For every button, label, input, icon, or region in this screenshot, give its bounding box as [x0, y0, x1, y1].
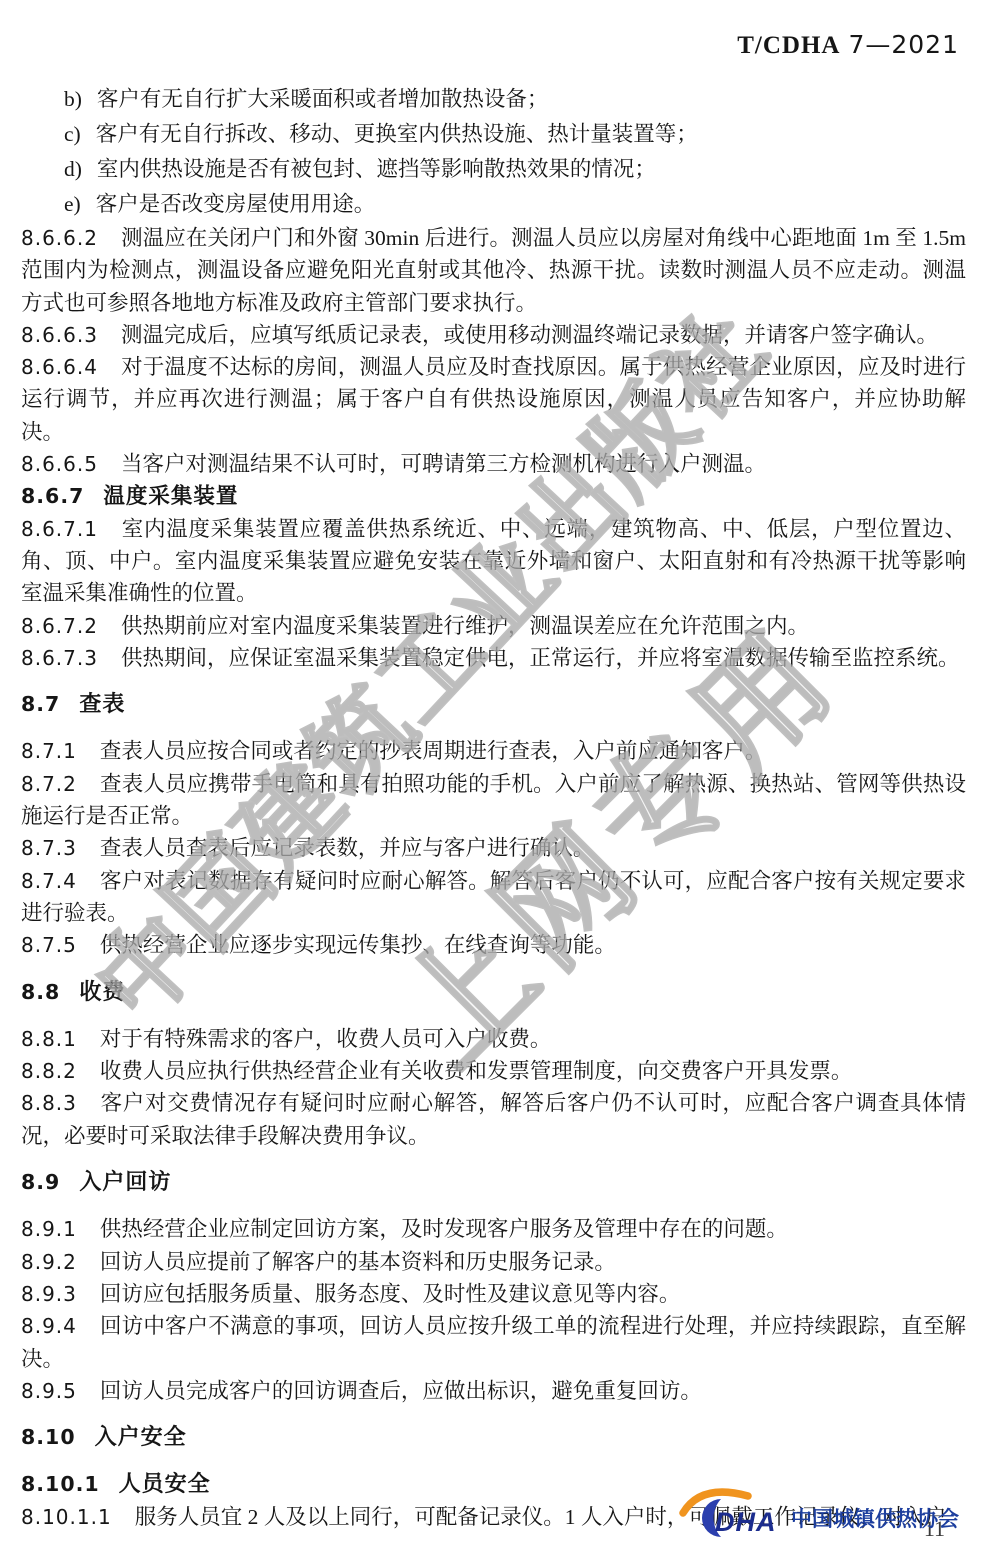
clause-8.9.2: 8.9.2回访人员应提前了解客户的基本资料和历史服务记录。 [21, 1246, 966, 1278]
clause-number: 8.6.6.2 [21, 226, 98, 250]
clause-number: 8.6.7.2 [21, 614, 98, 638]
clause-8.8.2: 8.8.2收费人员应执行供热经营企业有关收费和发票管理制度，向交费客户开具发票。 [21, 1055, 966, 1087]
clause-8.6.7.2: 8.6.7.2供热期前应对室内温度采集装置进行维护，测温误差应在允许范围之内。 [21, 610, 966, 642]
clause-8.6.6.2: 8.6.6.2测温应在关闭户门和外窗 30min 后进行。测温人员应以房屋对角线… [21, 222, 966, 319]
doc-code-suffix: 7—2021 [848, 30, 959, 59]
clause-8.8.3: 8.8.3客户对交费情况存有疑问时应耐心解答，解答后客户仍不认可时，应配合客户调… [21, 1087, 966, 1152]
body-text: 客户对表记数据存有疑问时应耐心解答。解答后客户仍不认可，应配合客户按有关规定要求… [21, 869, 966, 925]
clause-8.9.5: 8.9.5回访人员完成客户的回访调查后，应做出标识，避免重复回访。 [21, 1375, 966, 1407]
clause-8.6.6.4: 8.6.6.4对于温度不达标的房间，测温人员应及时查找原因。属于供热经营企业原因… [21, 351, 966, 448]
association-logo: DHA 中国城镇供热协会 [671, 1486, 963, 1546]
clause-8.6.7.3: 8.6.7.3供热期间，应保证室温采集装置稳定供电，正常运行，并应将室温数据传输… [21, 642, 966, 674]
clause-number: 8.9.4 [21, 1314, 77, 1338]
list-marker: e) [64, 192, 81, 216]
document-page: T/CDHA7—2021 中国建筑工业出版社 上网专用 b)客户有无自行扩大采暖… [0, 0, 987, 1554]
body-text: 客户对交费情况存有疑问时应耐心解答，解答后客户仍不认可时，应配合客户调查具体情况… [21, 1091, 966, 1147]
heading-text: 查表 [79, 691, 125, 716]
body-text: 室内供热设施是否有被包封、遮挡等影响散热效果的情况； [97, 157, 656, 181]
heading-text: 温度采集装置 [103, 484, 238, 508]
clause-8.6.7.1: 8.6.7.1室内温度采集装置应覆盖供热系统近、中、远端，建筑物高、中、低层，户… [21, 513, 966, 610]
heading-text: 收费 [79, 979, 125, 1004]
doc-code-prefix: T/CDHA [737, 32, 840, 59]
heading-8.8: 8.8收费 [21, 976, 966, 1008]
clause-8.9.4: 8.9.4回访中客户不满意的事项，回访人员应按升级工单的流程进行处理，并应持续跟… [21, 1310, 966, 1375]
logo-association-name: 中国城镇供热协会 [791, 1507, 959, 1531]
clause-number: 8.8 [21, 980, 60, 1004]
clause-number: 8.7.5 [21, 933, 77, 957]
clause-number: 8.7.3 [21, 836, 77, 860]
clause-number: 8.7.1 [21, 739, 77, 763]
body-text: 查表人员查表后应记录表数，并应与客户进行确认。 [100, 836, 595, 860]
body-text: 当客户对测温结果不认可时，可聘请第三方检测机构进行入户测温。 [121, 452, 766, 476]
body-text: 测温完成后，应填写纸质记录表，或使用移动测温终端记录数据，并请客户签字确认。 [121, 323, 938, 347]
list-marker: d) [64, 157, 82, 181]
body-text: 测温应在关闭户门和外窗 30min 后进行。测温人员应以房屋对角线中心距地面 1… [21, 226, 966, 315]
body-text: 供热经营企业应逐步实现远传集抄、在线查询等功能。 [100, 933, 616, 957]
clause-number: 8.9.1 [21, 1217, 77, 1241]
clause-number: 8.6.6.3 [21, 323, 98, 347]
clause-number: 8.10.1 [21, 1472, 100, 1496]
clause-number: 8.9.3 [21, 1282, 77, 1306]
clause-number: 8.8.2 [21, 1059, 77, 1083]
clause-number: 8.6.6.4 [21, 355, 98, 379]
clause-8.6.6.5: 8.6.6.5当客户对测温结果不认可时，可聘请第三方检测机构进行入户测温。 [21, 448, 966, 480]
list-item-e: e)客户是否改变房屋使用用途。 [21, 187, 966, 222]
heading-text: 入户回访 [79, 1169, 171, 1194]
clause-8.7.4: 8.7.4客户对表记数据存有疑问时应耐心解答。解答后客户仍不认可，应配合客户按有… [21, 865, 966, 930]
heading-text: 入户安全 [95, 1424, 187, 1449]
body-text: 查表人员应按合同或者约定的抄表周期进行查表，入户前应通知客户。 [100, 739, 767, 763]
clause-number: 8.7.4 [21, 869, 77, 893]
clause-number: 8.10 [21, 1425, 76, 1449]
clause-8.9.1: 8.9.1供热经营企业应制定回访方案，及时发现客户服务及管理中存在的问题。 [21, 1213, 966, 1245]
heading-text: 人员安全 [119, 1471, 211, 1496]
clause-number: 8.7.2 [21, 772, 77, 796]
body-text: 回访人员完成客户的回访调查后，应做出标识，避免重复回访。 [100, 1379, 702, 1403]
clause-8.7.1: 8.7.1查表人员应按合同或者约定的抄表周期进行查表，入户前应通知客户。 [21, 735, 966, 767]
body-text: 查表人员应携带手电筒和具有拍照功能的手机。入户前应了解热源、换热站、管网等供热设… [21, 772, 966, 828]
clause-number: 8.9.5 [21, 1379, 77, 1403]
body-text: 客户是否改变房屋使用用途。 [96, 192, 376, 216]
body-text: 供热期间，应保证室温采集装置稳定供电，正常运行，并应将室温数据传输至监控系统。 [121, 646, 960, 670]
list-item-c: c)客户有无自行拆改、移动、更换室内供热设施、热计量装置等； [21, 117, 966, 152]
body-text: 回访应包括服务质量、服务态度、及时性及建议意见等内容。 [100, 1282, 681, 1306]
list-marker: b) [64, 87, 82, 111]
clause-8.8.1: 8.8.1对于有特殊需求的客户，收费人员可入户收费。 [21, 1023, 966, 1055]
clause-number: 8.10.1.1 [21, 1505, 112, 1529]
clause-number: 8.6.7.3 [21, 646, 98, 670]
clause-number: 8.8.3 [21, 1091, 77, 1115]
list-marker: c) [64, 122, 81, 146]
clause-8.6.6.3: 8.6.6.3测温完成后，应填写纸质记录表，或使用移动测温终端记录数据，并请客户… [21, 319, 966, 351]
heading-8.7: 8.7查表 [21, 688, 966, 720]
logo-acronym: DHA [715, 1507, 777, 1537]
clause-number: 8.6.6.5 [21, 452, 98, 476]
body-text: 回访人员应提前了解客户的基本资料和历史服务记录。 [100, 1250, 616, 1274]
list-item-b: b)客户有无自行扩大采暖面积或者增加散热设备； [21, 82, 966, 117]
clause-number: 8.9 [21, 1170, 60, 1194]
document-body: b)客户有无自行扩大采暖面积或者增加散热设备；c)客户有无自行拆改、移动、更换室… [21, 82, 966, 1533]
body-text: 对于有特殊需求的客户，收费人员可入户收费。 [100, 1027, 552, 1051]
body-text: 对于温度不达标的房间，测温人员应及时查找原因。属于供热经营企业原因，应及时进行运… [21, 355, 966, 444]
clause-number: 8.6.7 [21, 484, 84, 508]
body-text: 客户有无自行拆改、移动、更换室内供热设施、热计量装置等； [96, 122, 698, 146]
body-text: 供热经营企业应制定回访方案，及时发现客户服务及管理中存在的问题。 [100, 1217, 788, 1241]
clause-8.9.3: 8.9.3回访应包括服务质量、服务态度、及时性及建议意见等内容。 [21, 1278, 966, 1310]
heading-8.6.7: 8.6.7温度采集装置 [21, 480, 966, 512]
body-text: 室内温度采集装置应覆盖供热系统近、中、远端，建筑物高、中、低层，户型位置边、角、… [21, 517, 966, 606]
heading-8.9: 8.9入户回访 [21, 1166, 966, 1198]
list-item-d: d)室内供热设施是否有被包封、遮挡等影响散热效果的情况； [21, 152, 966, 187]
body-text: 供热期前应对室内温度采集装置进行维护，测温误差应在允许范围之内。 [121, 614, 809, 638]
body-text: 收费人员应执行供热经营企业有关收费和发票管理制度，向交费客户开具发票。 [100, 1059, 853, 1083]
cdha-logo-graphic: DHA 中国城镇供热协会 [671, 1486, 963, 1546]
body-text: 回访中客户不满意的事项，回访人员应按升级工单的流程进行处理，并应持续跟踪，直至解… [21, 1314, 966, 1370]
clause-number: 8.9.2 [21, 1250, 77, 1274]
clause-number: 8.7 [21, 692, 60, 716]
body-text: 客户有无自行扩大采暖面积或者增加散热设备； [97, 87, 549, 111]
heading-8.10: 8.10入户安全 [21, 1421, 966, 1453]
clause-8.7.2: 8.7.2查表人员应携带手电筒和具有拍照功能的手机。入户前应了解热源、换热站、管… [21, 768, 966, 833]
clause-8.7.3: 8.7.3查表人员查表后应记录表数，并应与客户进行确认。 [21, 832, 966, 864]
clause-8.7.5: 8.7.5供热经营企业应逐步实现远传集抄、在线查询等功能。 [21, 929, 966, 961]
doc-code: T/CDHA7—2021 [737, 30, 959, 60]
clause-number: 8.8.1 [21, 1027, 77, 1051]
clause-number: 8.6.7.1 [21, 517, 98, 541]
